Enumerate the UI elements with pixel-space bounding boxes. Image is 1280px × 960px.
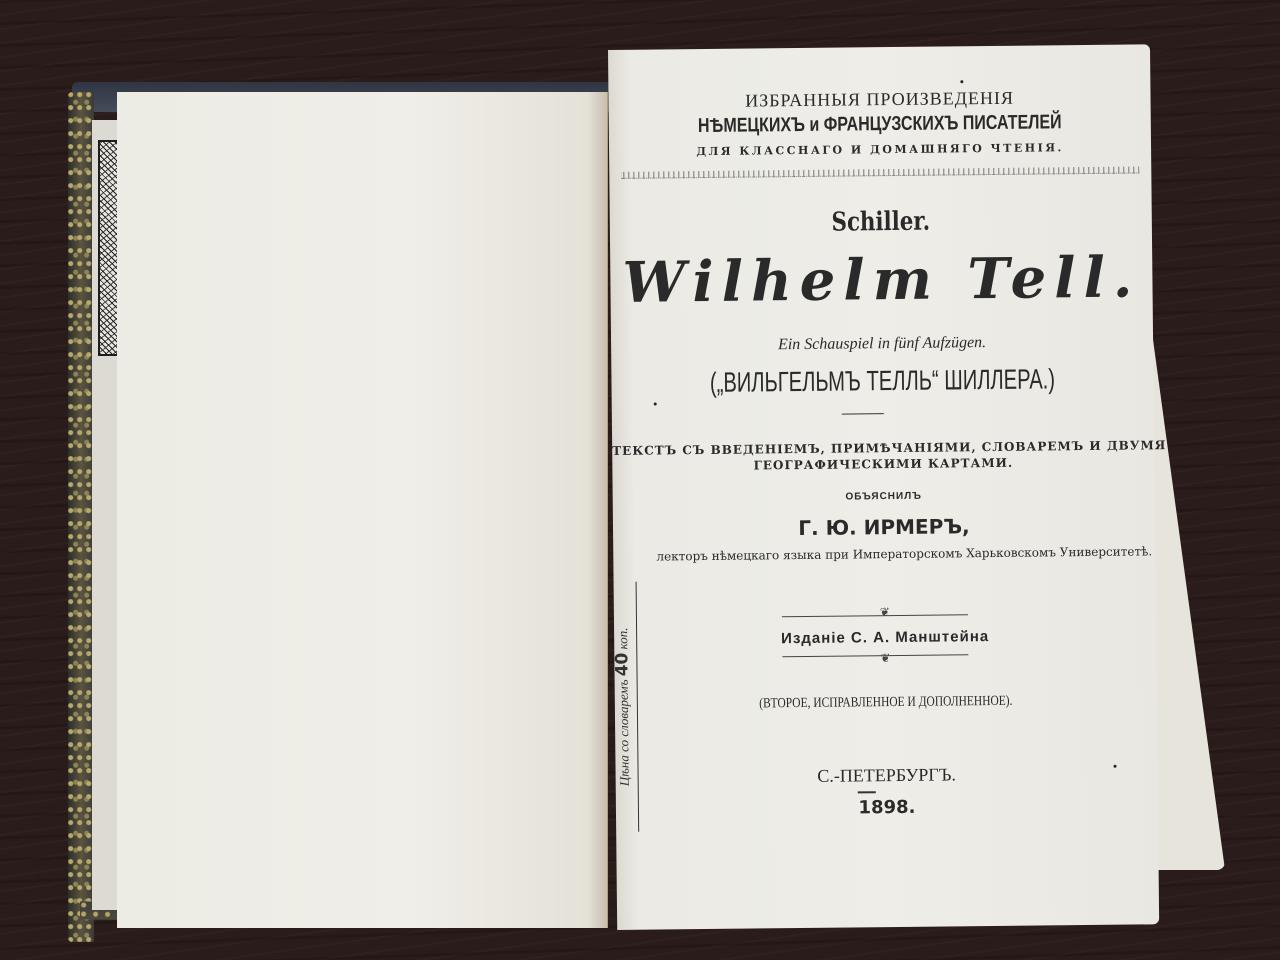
title-german: Wilhelm Tell. [610,244,1153,316]
paper-speck [960,80,963,83]
publication-year: 1898. [616,794,1158,821]
publisher: Изданіе С. А. Манштейна [614,626,1156,649]
price-suffix: коп. [615,627,630,649]
price-prefix: Цѣна со словаремъ [616,680,632,787]
publication-city: С.-ПЕТЕРБУРГЪ. [616,762,1158,789]
subtitle-german: Ein Schauspiel in fünf Aufzügen. [611,332,1153,356]
title-page: ИЗБРАННЫЯ ПРОИЗВЕДЕНІЯ НѢМЕЦКИХЪ и ФРАНЦ… [608,44,1159,930]
short-rule-2 [858,791,876,793]
series-line: ИЗБРАННЫЯ ПРОИЗВЕДЕНІЯ [608,86,1150,113]
paper-speck [1114,765,1117,768]
purpose-line: ДЛЯ КЛАССНАГО И ДОМАШНЯГО ЧТЕНІЯ. [609,140,1151,159]
book-cover-marbled-edge [68,92,94,942]
price-stamp: Цѣна со словаремъ 40 коп. [612,582,640,832]
wavy-divider [621,166,1139,178]
paper-speck [654,403,657,406]
ornament-icon: ❦ [614,602,1156,623]
short-rule [842,413,884,414]
editor-title: лекторъ нѣмецкаго языка при Императорско… [653,544,1155,563]
left-page-blank [117,92,607,928]
editor-name: Г. Ю. ИРМЕРЪ, [613,512,1155,542]
authors-line: НѢМЕЦКИХЪ и ФРАНЦУЗСКИХЪ ПИСАТЕЛЕЙ [663,111,1097,139]
description-line-2: ГЕОГРАФИЧЕСКИМИ КАРТАМИ. [612,454,1154,474]
ornament-icon: ❦ [614,648,1156,669]
price-amount: 40 [612,653,632,677]
title-russian: („ВИЛЬГЕЛЬМЪ ТЕЛЛЬ“ ШИЛЛЕРА.) [687,363,1078,399]
explained-by-label: ОБЪЯСНИЛЪ [613,488,1155,505]
edition-note: (ВТОРОЕ, ИСПРАВЛЕННОЕ И ДОПОЛНЕННОЕ). [664,693,1109,714]
author-german: Schiller. [658,205,1103,240]
